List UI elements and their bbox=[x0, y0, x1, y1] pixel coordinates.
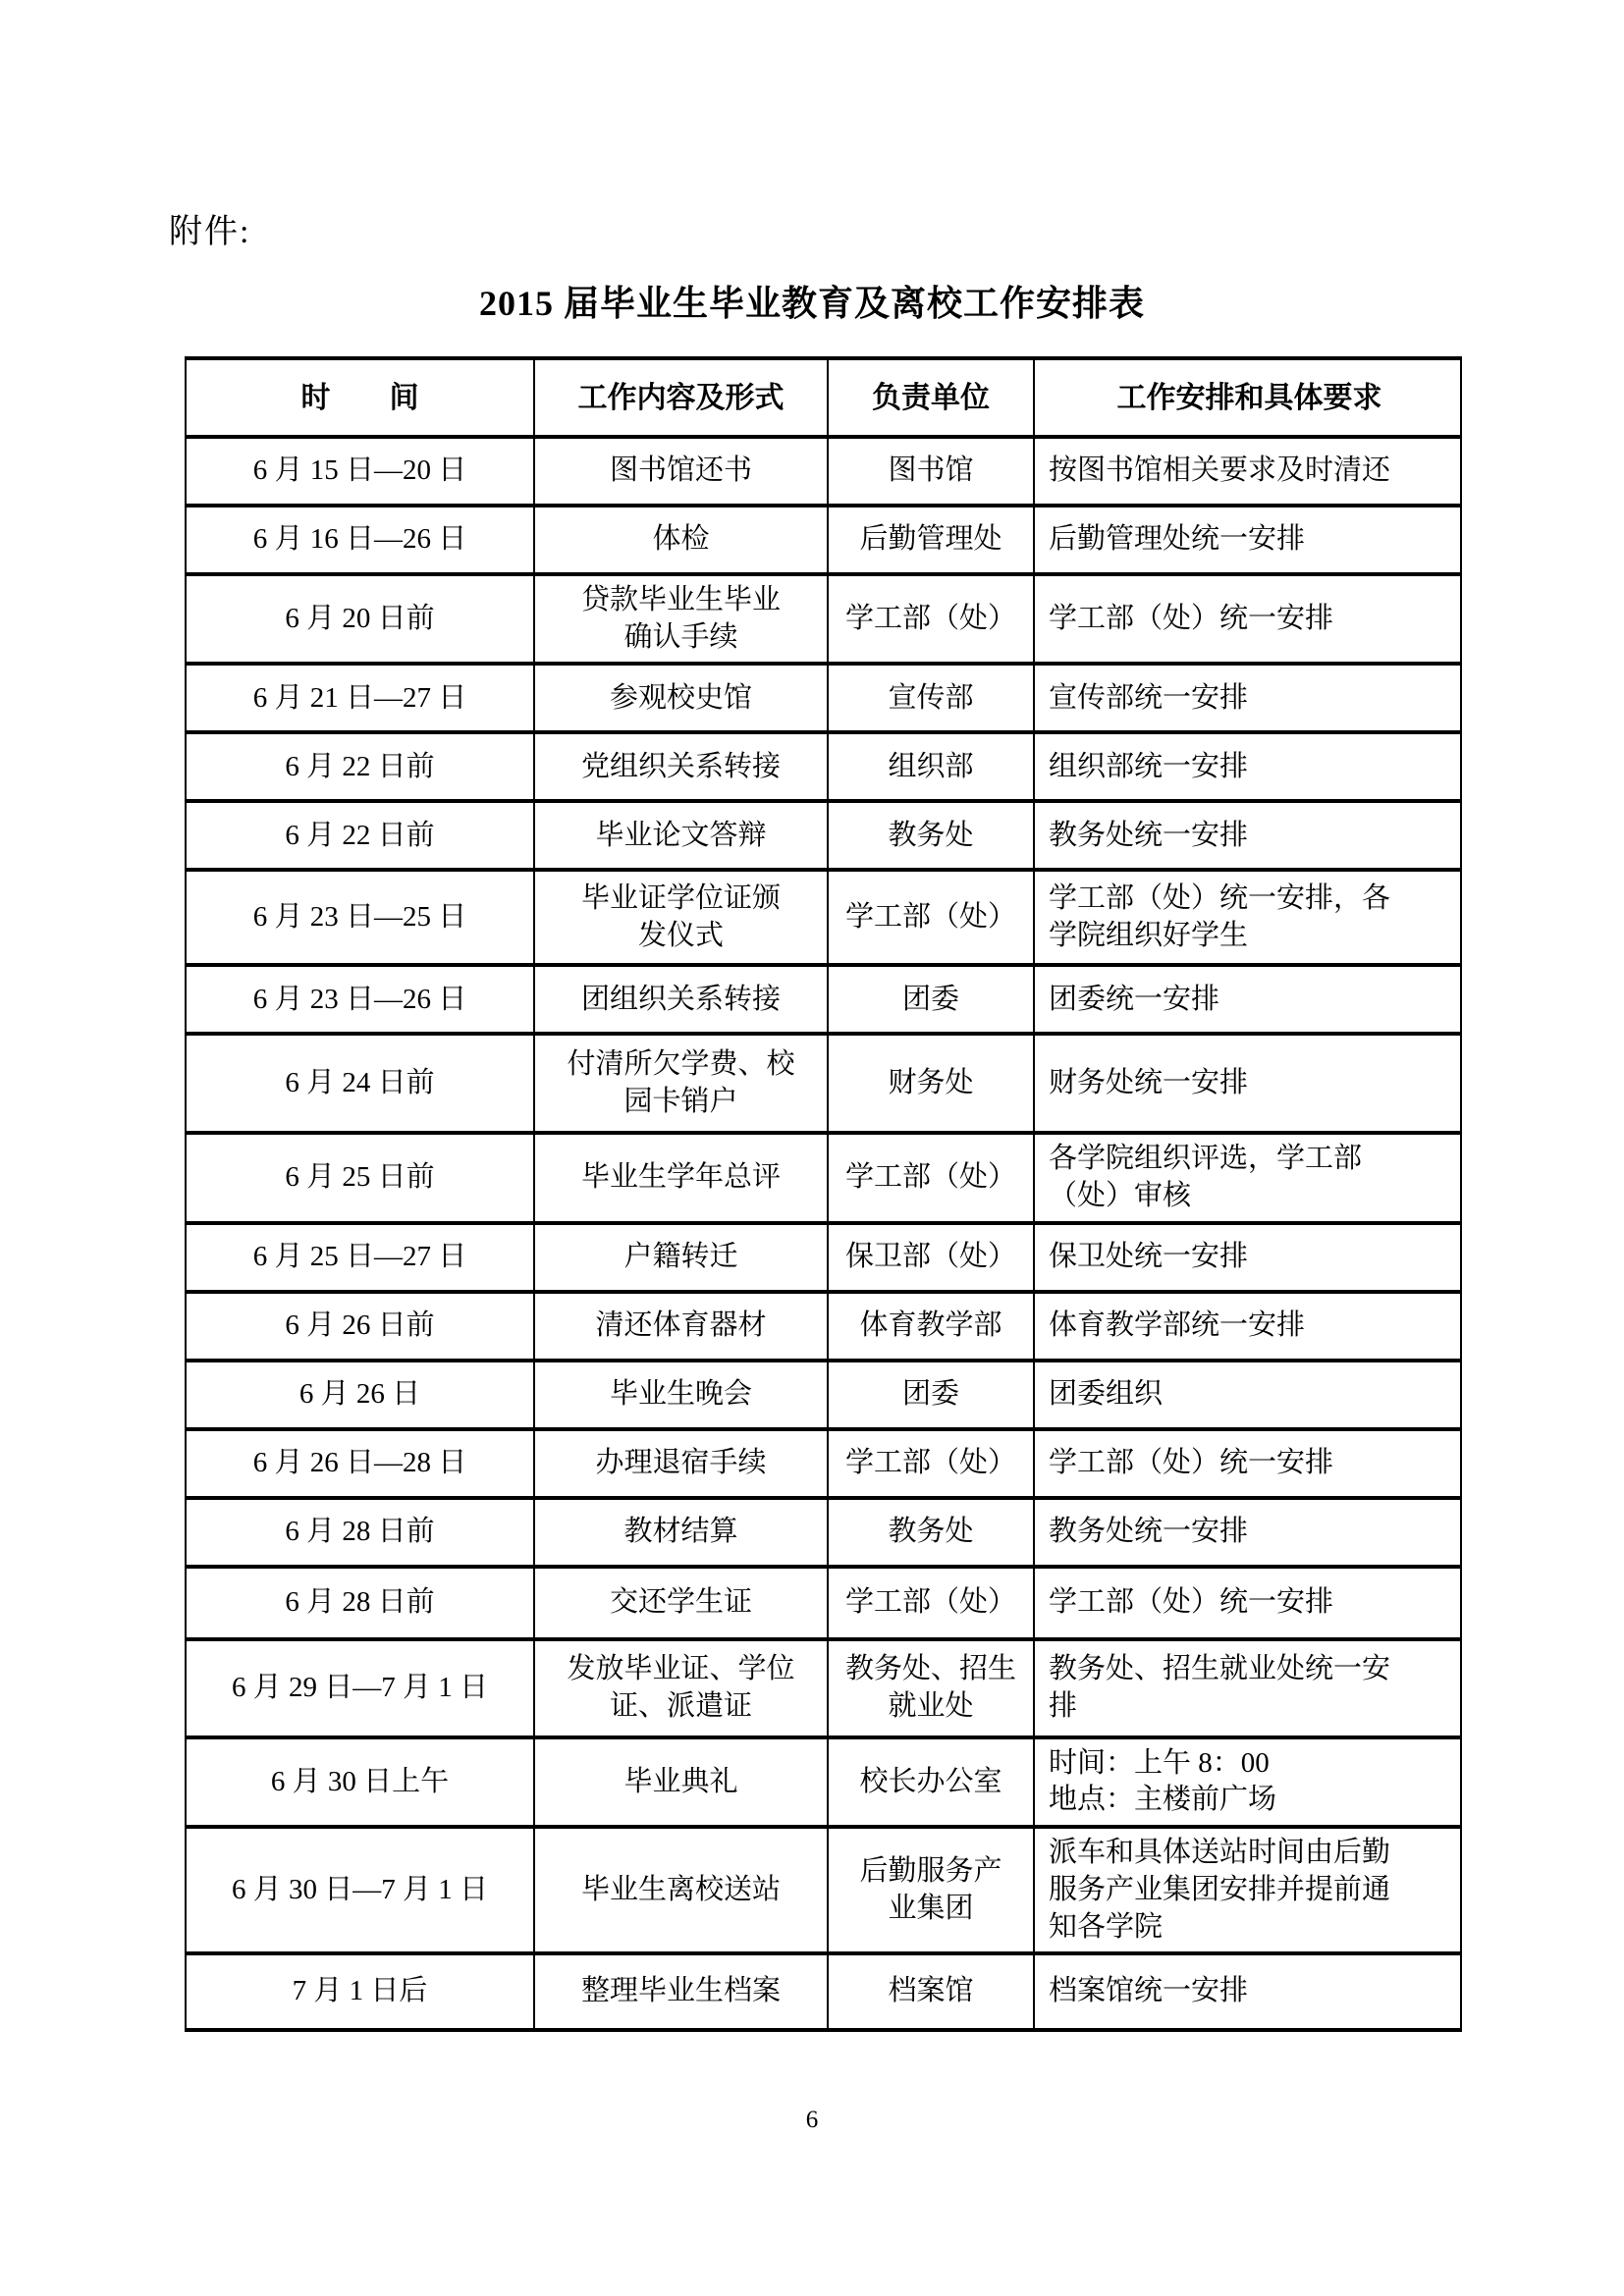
cell-requirement: 保卫处统一安排 bbox=[1034, 1223, 1461, 1292]
table-row: 6 月 21 日—27 日 参观校史馆 宣传部 宣传部统一安排 bbox=[186, 664, 1461, 732]
cell-unit: 学工部（处） bbox=[828, 1133, 1034, 1222]
cell-content: 清还体育器材 bbox=[534, 1292, 828, 1361]
cell-unit: 学工部（处） bbox=[828, 870, 1034, 965]
table-row: 6 月 15 日—20 日 图书馆还书 图书馆 按图书馆相关要求及时清还 bbox=[186, 437, 1461, 506]
cell-unit: 组织部 bbox=[828, 732, 1034, 801]
cell-requirement: 体育教学部统一安排 bbox=[1034, 1292, 1461, 1361]
cell-time: 6 月 26 日前 bbox=[186, 1292, 534, 1361]
cell-requirement: 学工部（处）统一安排 bbox=[1034, 1429, 1461, 1498]
table-row: 6 月 22 日前 毕业论文答辩 教务处 教务处统一安排 bbox=[186, 801, 1461, 870]
cell-time: 6 月 25 日前 bbox=[186, 1133, 534, 1222]
cell-time: 6 月 21 日—27 日 bbox=[186, 664, 534, 732]
cell-requirement: 学工部（处）统一安排 bbox=[1034, 574, 1461, 664]
cell-time: 6 月 22 日前 bbox=[186, 801, 534, 870]
cell-time: 6 月 22 日前 bbox=[186, 732, 534, 801]
table-row: 6 月 23 日—26 日 团组织关系转接 团委 团委统一安排 bbox=[186, 965, 1461, 1034]
cell-content: 团组织关系转接 bbox=[534, 965, 828, 1034]
cell-content: 整理毕业生档案 bbox=[534, 1953, 828, 2030]
table-row: 6 月 22 日前 党组织关系转接 组织部 组织部统一安排 bbox=[186, 732, 1461, 801]
cell-requirement: 团委统一安排 bbox=[1034, 965, 1461, 1034]
cell-time: 6 月 30 日—7 月 1 日 bbox=[186, 1827, 534, 1953]
cell-content: 参观校史馆 bbox=[534, 664, 828, 732]
cell-requirement: 团委组织 bbox=[1034, 1361, 1461, 1429]
cell-time: 6 月 30 日上午 bbox=[186, 1737, 534, 1827]
table-row: 6 月 26 日—28 日 办理退宿手续 学工部（处） 学工部（处）统一安排 bbox=[186, 1429, 1461, 1498]
cell-unit: 保卫部（处） bbox=[828, 1223, 1034, 1292]
cell-content: 交还学生证 bbox=[534, 1567, 828, 1639]
cell-content: 毕业生学年总评 bbox=[534, 1133, 828, 1222]
table-row: 6 月 16 日—26 日 体检 后勤管理处 后勤管理处统一安排 bbox=[186, 506, 1461, 574]
table-row: 6 月 24 日前 付清所欠学费、校 园卡销户 财务处 财务处统一安排 bbox=[186, 1034, 1461, 1133]
cell-unit: 档案馆 bbox=[828, 1953, 1034, 2030]
cell-time: 6 月 24 日前 bbox=[186, 1034, 534, 1133]
table-row: 6 月 25 日前 毕业生学年总评 学工部（处） 各学院组织评选，学工部 （处）… bbox=[186, 1133, 1461, 1222]
cell-content: 图书馆还书 bbox=[534, 437, 828, 506]
table-row: 6 月 28 日前 交还学生证 学工部（处） 学工部（处）统一安排 bbox=[186, 1567, 1461, 1639]
cell-requirement: 档案馆统一安排 bbox=[1034, 1953, 1461, 2030]
table-row: 6 月 26 日 毕业生晚会 团委 团委组织 bbox=[186, 1361, 1461, 1429]
cell-unit: 学工部（处） bbox=[828, 574, 1034, 664]
cell-unit: 教务处 bbox=[828, 801, 1034, 870]
cell-content: 办理退宿手续 bbox=[534, 1429, 828, 1498]
cell-content: 毕业生晚会 bbox=[534, 1361, 828, 1429]
cell-requirement: 教务处统一安排 bbox=[1034, 1498, 1461, 1567]
cell-requirement: 派车和具体送站时间由后勤 服务产业集团安排并提前通 知各学院 bbox=[1034, 1827, 1461, 1953]
page-number: 6 bbox=[0, 2107, 1624, 2134]
cell-unit: 学工部（处） bbox=[828, 1429, 1034, 1498]
cell-content: 毕业证学位证颁 发仪式 bbox=[534, 870, 828, 965]
cell-unit: 教务处 bbox=[828, 1498, 1034, 1567]
cell-requirement: 财务处统一安排 bbox=[1034, 1034, 1461, 1133]
cell-time: 6 月 28 日前 bbox=[186, 1567, 534, 1639]
table-row: 6 月 29 日—7 月 1 日 发放毕业证、学位 证、派遣证 教务处、招生 就… bbox=[186, 1639, 1461, 1737]
cell-unit: 校长办公室 bbox=[828, 1737, 1034, 1827]
cell-content: 毕业生离校送站 bbox=[534, 1827, 828, 1953]
table-row: 6 月 30 日—7 月 1 日 毕业生离校送站 后勤服务产 业集团 派车和具体… bbox=[186, 1827, 1461, 1953]
col-header-requirement: 工作安排和具体要求 bbox=[1034, 358, 1461, 437]
cell-time: 6 月 26 日 bbox=[186, 1361, 534, 1429]
cell-time: 6 月 23 日—26 日 bbox=[186, 965, 534, 1034]
cell-requirement: 按图书馆相关要求及时清还 bbox=[1034, 437, 1461, 506]
cell-unit: 宣传部 bbox=[828, 664, 1034, 732]
cell-requirement: 宣传部统一安排 bbox=[1034, 664, 1461, 732]
table-row: 6 月 25 日—27 日 户籍转迁 保卫部（处） 保卫处统一安排 bbox=[186, 1223, 1461, 1292]
cell-content: 毕业论文答辩 bbox=[534, 801, 828, 870]
col-header-time: 时 间 bbox=[186, 358, 534, 437]
cell-requirement: 教务处统一安排 bbox=[1034, 801, 1461, 870]
cell-unit: 体育教学部 bbox=[828, 1292, 1034, 1361]
cell-unit: 学工部（处） bbox=[828, 1567, 1034, 1639]
cell-requirement: 组织部统一安排 bbox=[1034, 732, 1461, 801]
cell-unit: 团委 bbox=[828, 965, 1034, 1034]
cell-requirement: 各学院组织评选，学工部 （处）审核 bbox=[1034, 1133, 1461, 1222]
table-row: 6 月 23 日—25 日 毕业证学位证颁 发仪式 学工部（处） 学工部（处）统… bbox=[186, 870, 1461, 965]
cell-content: 贷款毕业生毕业 确认手续 bbox=[534, 574, 828, 664]
col-header-content: 工作内容及形式 bbox=[534, 358, 828, 437]
cell-unit: 团委 bbox=[828, 1361, 1034, 1429]
table-row: 6 月 26 日前 清还体育器材 体育教学部 体育教学部统一安排 bbox=[186, 1292, 1461, 1361]
cell-unit: 后勤管理处 bbox=[828, 506, 1034, 574]
table-row: 7 月 1 日后 整理毕业生档案 档案馆 档案馆统一安排 bbox=[186, 1953, 1461, 2030]
cell-requirement: 学工部（处）统一安排，各 学院组织好学生 bbox=[1034, 870, 1461, 965]
table-header-row: 时 间 工作内容及形式 负责单位 工作安排和具体要求 bbox=[186, 358, 1461, 437]
cell-content: 发放毕业证、学位 证、派遣证 bbox=[534, 1639, 828, 1737]
page-title: 2015 届毕业生毕业教育及离校工作安排表 bbox=[0, 276, 1624, 326]
table-row: 6 月 20 日前 贷款毕业生毕业 确认手续 学工部（处） 学工部（处）统一安排 bbox=[186, 574, 1461, 664]
attachment-label: 附件: bbox=[169, 204, 250, 252]
table-row: 6 月 28 日前 教材结算 教务处 教务处统一安排 bbox=[186, 1498, 1461, 1567]
cell-requirement: 学工部（处）统一安排 bbox=[1034, 1567, 1461, 1639]
cell-time: 7 月 1 日后 bbox=[186, 1953, 534, 2030]
cell-time: 6 月 16 日—26 日 bbox=[186, 506, 534, 574]
cell-requirement: 时间：上午 8：00 地点：主楼前广场 bbox=[1034, 1737, 1461, 1827]
cell-time: 6 月 15 日—20 日 bbox=[186, 437, 534, 506]
cell-content: 毕业典礼 bbox=[534, 1737, 828, 1827]
cell-content: 教材结算 bbox=[534, 1498, 828, 1567]
cell-unit: 财务处 bbox=[828, 1034, 1034, 1133]
cell-time: 6 月 20 日前 bbox=[186, 574, 534, 664]
table-row: 6 月 30 日上午 毕业典礼 校长办公室 时间：上午 8：00 地点：主楼前广… bbox=[186, 1737, 1461, 1827]
cell-content: 户籍转迁 bbox=[534, 1223, 828, 1292]
col-header-unit: 负责单位 bbox=[828, 358, 1034, 437]
cell-unit: 后勤服务产 业集团 bbox=[828, 1827, 1034, 1953]
cell-unit: 图书馆 bbox=[828, 437, 1034, 506]
cell-content: 体检 bbox=[534, 506, 828, 574]
cell-requirement: 教务处、招生就业处统一安 排 bbox=[1034, 1639, 1461, 1737]
cell-time: 6 月 28 日前 bbox=[186, 1498, 534, 1567]
cell-time: 6 月 26 日—28 日 bbox=[186, 1429, 534, 1498]
schedule-table: 时 间 工作内容及形式 负责单位 工作安排和具体要求 6 月 15 日—20 日… bbox=[185, 356, 1462, 2032]
cell-requirement: 后勤管理处统一安排 bbox=[1034, 506, 1461, 574]
cell-content: 党组织关系转接 bbox=[534, 732, 828, 801]
cell-time: 6 月 25 日—27 日 bbox=[186, 1223, 534, 1292]
cell-time: 6 月 29 日—7 月 1 日 bbox=[186, 1639, 534, 1737]
cell-content: 付清所欠学费、校 园卡销户 bbox=[534, 1034, 828, 1133]
cell-unit: 教务处、招生 就业处 bbox=[828, 1639, 1034, 1737]
cell-time: 6 月 23 日—25 日 bbox=[186, 870, 534, 965]
